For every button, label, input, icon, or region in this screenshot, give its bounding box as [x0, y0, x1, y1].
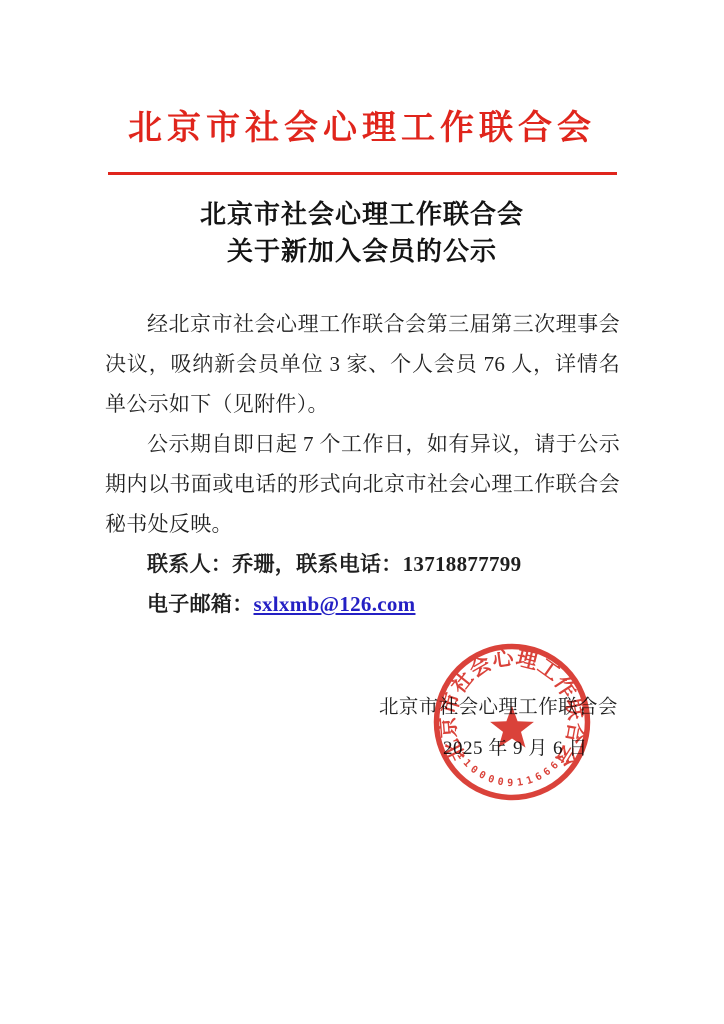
document-page: 北京市社会心理工作联合会 北京市社会心理工作联合会 关于新加入会员的公示 经北京… [0, 0, 724, 1024]
document-body: 经北京市社会心理工作联合会第三届第三次理事会决议，吸纳新会员单位 3 家、个人会… [105, 304, 620, 624]
doc-title: 北京市社会心理工作联合会 关于新加入会员的公示 [0, 196, 724, 270]
paragraph-2: 公示期自即日起 7 个工作日，如有异议，请于公示期内以书面或电话的形式向北京市社… [105, 424, 620, 544]
doc-title-line2: 关于新加入会员的公示 [0, 233, 724, 270]
letterhead-divider [108, 172, 617, 175]
letterhead: 北京市社会心理工作联合会 [0, 0, 724, 150]
signature-org: 北京市社会心理工作联合会 [379, 691, 618, 719]
email-line: 电子邮箱：sxlxmb@126.com [105, 584, 620, 624]
letterhead-org-name: 北京市社会心理工作联合会 [0, 106, 724, 150]
contact-line: 联系人：乔珊，联系电话：13718877799 [105, 544, 620, 584]
paragraph-1: 经北京市社会心理工作联合会第三届第三次理事会决议，吸纳新会员单位 3 家、个人会… [105, 304, 620, 424]
seal-ring [437, 647, 588, 798]
signature-date: 2025 年 9 月 6 日 [443, 733, 588, 760]
email-label: 电子邮箱： [147, 592, 254, 616]
email-link[interactable]: sxlxmb@126.com [254, 592, 416, 616]
official-seal-stamp: 北京市社会心理工作联合会 1100009116666 [422, 632, 602, 812]
doc-title-line1: 北京市社会心理工作联合会 [0, 196, 724, 233]
